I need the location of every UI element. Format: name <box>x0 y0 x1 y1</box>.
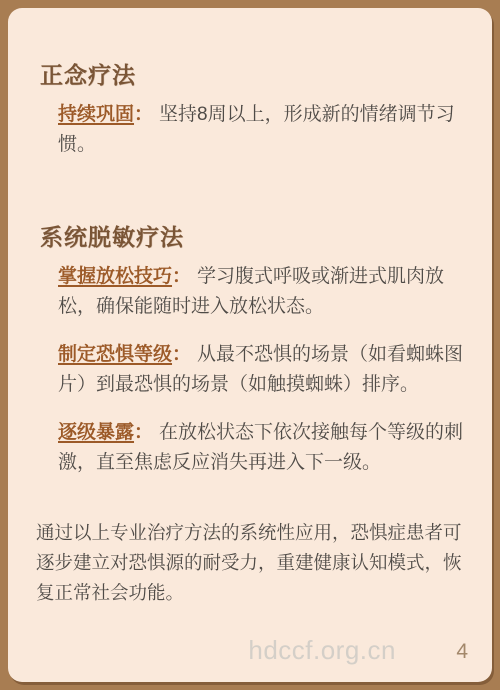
step-label: 逐级暴露 <box>58 422 134 443</box>
step-label: 持续巩固 <box>58 104 134 125</box>
section-heading: 正念疗法 <box>40 62 478 88</box>
step-colon: ： <box>172 344 191 365</box>
step-colon: ： <box>134 104 153 125</box>
section-systematic-desensitization: 系统脱敏疗法 掌握放松技巧：学习腹式呼吸或渐进式肌肉放松，确保能随时进入放松状态… <box>36 224 478 496</box>
therapy-step: 制定恐惧等级：从最不恐惧的场景（如看蜘蛛图片）到最恐惧的场景（如触摸蜘蛛）排序。 <box>36 340 478 400</box>
step-label: 制定恐惧等级 <box>58 344 172 365</box>
therapy-step: 逐级暴露：在放松状态下依次接触每个等级的刺激，直至焦虑反应消失再进入下一级。 <box>36 418 478 478</box>
step-label: 掌握放松技巧 <box>58 266 172 287</box>
page-background: 正念疗法 持续巩固：坚持8周以上，形成新的情绪调节习惯。 系统脱敏疗法 掌握放松… <box>0 0 500 690</box>
step-colon: ： <box>134 422 153 443</box>
therapy-step: 持续巩固：坚持8周以上，形成新的情绪调节习惯。 <box>36 100 478 160</box>
therapy-step: 掌握放松技巧：学习腹式呼吸或渐进式肌肉放松，确保能随时进入放松状态。 <box>36 262 478 322</box>
closing-summary: 通过以上专业治疗方法的系统性应用，恐惧症患者可逐步建立对恐惧源的耐受力，重建健康… <box>36 518 478 608</box>
watermark-url: hdccf.org.cn <box>248 635 396 666</box>
content-card: 正念疗法 持续巩固：坚持8周以上，形成新的情绪调节习惯。 系统脱敏疗法 掌握放松… <box>8 8 492 682</box>
step-colon: ： <box>172 266 191 287</box>
page-number: 4 <box>456 640 468 664</box>
section-heading: 系统脱敏疗法 <box>40 224 478 250</box>
section-mindfulness-therapy: 正念疗法 持续巩固：坚持8周以上，形成新的情绪调节习惯。 <box>36 62 478 178</box>
